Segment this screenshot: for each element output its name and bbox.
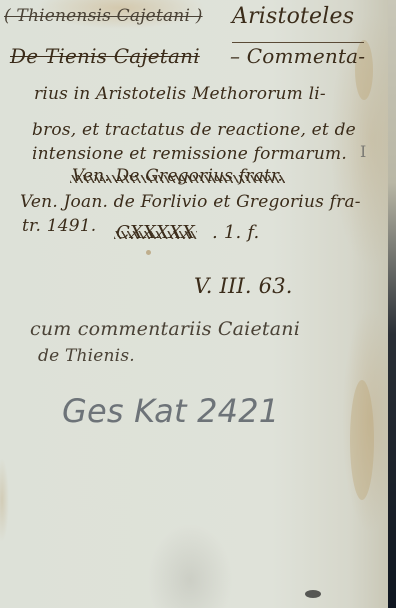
heading-aristoteles: Aristoteles [232, 4, 354, 29]
note-commentary: cum commentariis Caietani [30, 318, 300, 340]
struck-heading-thienensis: ( Thienensis Cajetani ) [4, 6, 203, 26]
title-line-3: rius in Aristotelis Methororum li- [34, 84, 326, 104]
struck-shelfmark: CXXXXX [116, 222, 195, 243]
foxing-stain [350, 380, 374, 500]
note-de-thienis: de Thienis. [38, 346, 135, 366]
printer-line: Ven. Joan. de Forlivio et Gregorius fra- [20, 192, 361, 212]
page-edge [388, 0, 396, 608]
title-line-5: intensione et remissione formarum. [32, 144, 347, 164]
imprint-year: tr. 1491. [22, 216, 96, 236]
struck-printer-line: Ven. De Gregorius fratr. [72, 166, 283, 186]
pencil-catalog-number: Ges Kat 2421 [62, 392, 279, 430]
catalog-slip: ( Thienensis Cajetani ) Aristoteles De T… [0, 0, 388, 608]
folio-count: . 1. f. [212, 222, 259, 243]
ink-spot [146, 250, 151, 255]
shelfmark: V. III. 63. [194, 274, 293, 298]
ink-spot [305, 590, 321, 598]
title-line-4: bros, et tractatus de reactione, et de [32, 120, 356, 140]
title-commenta: – Commenta- [230, 44, 365, 68]
heading-underline [232, 42, 364, 43]
margin-mark-I: I [360, 142, 367, 161]
struck-author-de-tienis: De Tienis Cajetani [10, 44, 200, 68]
